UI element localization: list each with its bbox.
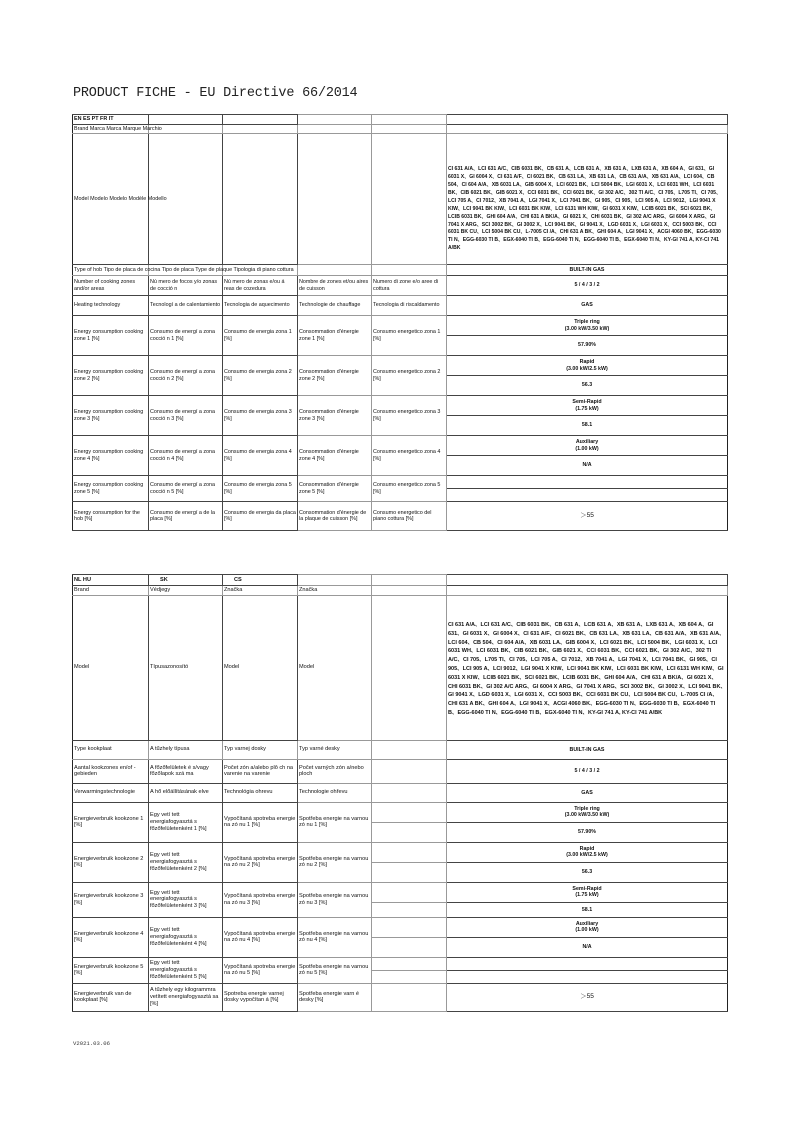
label-fr: Consommation d'énergie zone 1 [%] (298, 316, 372, 356)
label-pt: Tecnologia de aquecimento (223, 296, 298, 316)
product-fiche-table-nl-hu-sk-cs: NL HU SK CS Brand Védjegy Značka Značka … (72, 574, 728, 1012)
label-pt: Consumo de energia zona 5 [%] (223, 476, 298, 502)
brand-label-nl: Brand (73, 586, 149, 596)
label-hu: A hő előállításának elve (149, 783, 223, 802)
label-it: Consumo energetico zona 1 [%] (372, 316, 447, 356)
label-it: Numero di zone e/o aree di cottura (372, 276, 447, 296)
model-list: CI 631 A/A、LCI 631 A/C、CIB 6031 BK、CB 63… (447, 595, 728, 740)
label-cs: Spotřeba energie varn é desky [%] (298, 983, 372, 1011)
zone-3-value: 58.1 (447, 416, 728, 436)
label-pt: Consumo de energia zona 2 [%] (223, 356, 298, 396)
label-es: Consumo de energí a zona cocció n 1 [%] (149, 316, 223, 356)
label-en: Energy consumption cooking zone 4 [%] (73, 436, 149, 476)
hob-value: ＞55 (447, 983, 728, 1011)
zone-4-row: Energieverbruik kookzone 4 [%] Egy vetí … (73, 917, 728, 937)
label-en: Number of cooking zones and/or areas (73, 276, 149, 296)
model-label-sk: Model (223, 595, 298, 740)
hob-row: Energy consumption for the hob [%] Consu… (73, 502, 728, 531)
heating-technology-value: GAS (447, 296, 728, 316)
label-en: Heating technology (73, 296, 149, 316)
brand-label-sk: Značka (223, 586, 298, 596)
label-it: Consumo energetico zona 4 [%] (372, 436, 447, 476)
label-nl: Aantal kookzones en/of -gebieden (73, 759, 149, 783)
label-pt: Consumo de energia zona 3 [%] (223, 396, 298, 436)
zone-4-burner: Auxiliary(1.00 kW) (447, 917, 728, 937)
label-en: Energy consumption cooking zone 3 [%] (73, 396, 149, 436)
label-sk: Vypočítaná spotreba energie na zó nu 5 [… (223, 957, 298, 983)
label-en: Energy consumption for the hob [%] (73, 502, 149, 531)
page-title: PRODUCT FICHE - EU Directive 66/2014 (73, 86, 357, 101)
zone-2-burner: Rapid(3.00 kW/2.5 kW) (447, 356, 728, 376)
lang-header-row: NL HU SK CS (73, 575, 728, 586)
zone-2-value: 56.3 (447, 862, 728, 882)
label-cs: Spotřeba energie na varnou zó nu 5 [%] (298, 957, 372, 983)
label-nl: Energieverbruik van de kookplaat [%] (73, 983, 149, 1011)
zone-5-row: Energy consumption cooking zone 5 [%] Co… (73, 476, 728, 489)
label-cs: Spotřeba energie na varnou zó nu 2 [%] (298, 842, 372, 882)
label-es: Nú mero de focos y/o zonas de cocció n (149, 276, 223, 296)
zone-4-value: N/A (447, 456, 728, 476)
label-hu: Egy vetí tett energiafogyasztá s főzőfel… (149, 842, 223, 882)
label-es: Consumo de energí a zona cocció n 2 [%] (149, 356, 223, 396)
label-hu: Egy vetí tett energiafogyasztá s főzőfel… (149, 957, 223, 983)
label-sk: Spotreba energie varnej dosky vypočítan … (223, 983, 298, 1011)
lang-header-cs: CS (223, 575, 298, 586)
zone-3-row: Energieverbruik kookzone 3 [%] Egy vetí … (73, 882, 728, 902)
zone-1-burner: Triple ring(3.00 kW/3.50 kW) (447, 316, 728, 336)
zone-4-value: N/A (447, 937, 728, 957)
label-nl: Type kookplaat (73, 740, 149, 759)
label-fr: Consommation d'énergie zone 2 [%] (298, 356, 372, 396)
model-row: Model Modelo Modelo Modèle Modello CI 63… (73, 134, 728, 265)
label-fr: Consommation d'énergie zone 5 [%] (298, 476, 372, 502)
model-row: Model Típusazonosító Model Model CI 631 … (73, 595, 728, 740)
label-hu: Egy vetí tett energiafogyasztá s főzőfel… (149, 882, 223, 917)
label-en: Energy consumption cooking zone 1 [%] (73, 316, 149, 356)
label-nl: Energieverbruik kookzone 2 [%] (73, 842, 149, 882)
label-es: Consumo de energí a zona cocció n 5 [%] (149, 476, 223, 502)
label-sk: Vypočítaná spotreba energie na zó nu 2 [… (223, 842, 298, 882)
zone-1-burner: Triple ring(3.00 kW/3.50 kW) (447, 802, 728, 822)
lang-header-sk: SK (149, 575, 223, 586)
model-label-cs: Model (298, 595, 372, 740)
zone-3-value: 58.1 (447, 902, 728, 917)
zone-1-value: 57.90% (447, 822, 728, 842)
type-row: Type kookplaat A tűzhely típusa Typ varn… (73, 740, 728, 759)
label-hu: A tűzhely egy kilogrammra vetített energ… (149, 983, 223, 1011)
type-value: BUILT-IN GAS (447, 265, 728, 276)
label-cs: Počet varných zón a/nebo ploch (298, 759, 372, 783)
zone-4-burner: Auxiliary(1.00 kW) (447, 436, 728, 456)
zone-5-burner (447, 957, 728, 970)
label-cs: Spotřeba energie na varnou zó nu 4 [%] (298, 917, 372, 957)
hob-value: ＞55 (447, 502, 728, 531)
label-es: Consumo de energí a zona cocció n 4 [%] (149, 436, 223, 476)
model-label-hu: Típusazonosító (149, 595, 223, 740)
label-es: Consumo de energí a de la placa [%] (149, 502, 223, 531)
label-sk: Technológia ohrevu (223, 783, 298, 802)
label-en: Energy consumption cooking zone 2 [%] (73, 356, 149, 396)
label-it: Tecnologia di riscaldamento (372, 296, 447, 316)
label-it: Consumo energetico zona 2 [%] (372, 356, 447, 396)
zone-2-row: Energieverbruik kookzone 2 [%] Egy vetí … (73, 842, 728, 862)
lang-header: EN ES PT FR IT (73, 115, 149, 125)
label-pt: Nú mero de zonas e/ou á reas de cozedura (223, 276, 298, 296)
label-cs: Technologie ohřevu (298, 783, 372, 802)
heating-technology-value: GAS (447, 783, 728, 802)
zone-2-value: 56.3 (447, 376, 728, 396)
model-label: Model Modelo Modelo Modèle Modello (73, 134, 149, 265)
label-hu: A tűzhely típusa (149, 740, 223, 759)
label-sk: Vypočítaná spotreba energie na zó nu 3 [… (223, 882, 298, 917)
model-label-nl: Model (73, 595, 149, 740)
label-sk: Počet zón a/alebo plô ch na varenie na v… (223, 759, 298, 783)
brand-row: Brand Marca Marca Marque Marchio (73, 124, 728, 134)
cooking-zones-value: 5 / 4 / 3 / 2 (447, 759, 728, 783)
label-cs: Spotřeba energie na varnou zó nu 1 [%] (298, 802, 372, 842)
label-cs: Spotřeba energie na varnou zó nu 3 [%] (298, 882, 372, 917)
label-pt: Consumo de energia zona 1 [%] (223, 316, 298, 356)
label-nl: Verwarmingstechnologie (73, 783, 149, 802)
label-cs: Typ varné desky (298, 740, 372, 759)
label-en: Energy consumption cooking zone 5 [%] (73, 476, 149, 502)
zone-4-row: Energy consumption cooking zone 4 [%] Co… (73, 436, 728, 456)
zone-5-burner (447, 476, 728, 489)
label-sk: Typ varnej dosky (223, 740, 298, 759)
zone-5-row: Energieverbruik kookzone 5 [%] Egy vetí … (73, 957, 728, 970)
hob-row: Energieverbruik van de kookplaat [%] A t… (73, 983, 728, 1011)
brand-row: Brand Védjegy Značka Značka (73, 586, 728, 596)
zone-3-burner: Semi-Rapid(1.75 kW) (447, 882, 728, 902)
zone-5-value (447, 970, 728, 983)
label-hu: A főzőfelületek é s/vagy főzőlapok szá m… (149, 759, 223, 783)
lang-header-row: EN ES PT FR IT (73, 115, 728, 125)
type-value: BUILT-IN GAS (447, 740, 728, 759)
zone-1-value: 57.90% (447, 336, 728, 356)
cooking-zones-row: Aantal kookzones en/of -gebieden A főzőf… (73, 759, 728, 783)
type-label: Type of hob Tipo de placa de cocina Tipo… (73, 265, 149, 276)
zone-5-value (447, 489, 728, 502)
zone-1-row: Energy consumption cooking zone 1 [%] Co… (73, 316, 728, 336)
product-fiche-table-en-es-pt-fr-it: EN ES PT FR IT Brand Marca Marca Marque … (72, 114, 728, 531)
label-hu: Egy vetí tett energiafogyasztá s főzőfel… (149, 917, 223, 957)
label-fr: Consommation d'énergie zone 3 [%] (298, 396, 372, 436)
label-fr: Nombre de zones et/ou aires de cuisson (298, 276, 372, 296)
label-pt: Consumo de energia da placa [%] (223, 502, 298, 531)
zone-2-row: Energy consumption cooking zone 2 [%] Co… (73, 356, 728, 376)
heating-technology-row: Heating technology Tecnologí a de calent… (73, 296, 728, 316)
zone-3-row: Energy consumption cooking zone 3 [%] Co… (73, 396, 728, 416)
type-row: Type of hob Tipo de placa de cocina Tipo… (73, 265, 728, 276)
label-it: Consumo energetico zona 3 [%] (372, 396, 447, 436)
label-it: Consumo energetico zona 5 [%] (372, 476, 447, 502)
label-hu: Egy vetí tett energiafogyasztá s főzőfel… (149, 802, 223, 842)
label-it: Consumo energetico del piano cottura [%] (372, 502, 447, 531)
label-sk: Vypočítaná spotreba energie na zó nu 4 [… (223, 917, 298, 957)
label-pt: Consumo de energia zona 4 [%] (223, 436, 298, 476)
version-label: V2021.03.06 (73, 1040, 110, 1047)
label-fr: Consommation d'énergie zone 4 [%] (298, 436, 372, 476)
brand-label-hu: Védjegy (149, 586, 223, 596)
cooking-zones-row: Number of cooking zones and/or areas Nú … (73, 276, 728, 296)
label-nl: Energieverbruik kookzone 4 [%] (73, 917, 149, 957)
zone-3-burner: Semi-Rapid(1.75 kW) (447, 396, 728, 416)
zone-1-row: Energieverbruik kookzone 1 [%] Egy vetí … (73, 802, 728, 822)
zone-2-burner: Rapid(3.00 kW/2.5 kW) (447, 842, 728, 862)
label-nl: Energieverbruik kookzone 3 [%] (73, 882, 149, 917)
brand-label-cs: Značka (298, 586, 372, 596)
heating-technology-row: Verwarmingstechnologie A hő előállításán… (73, 783, 728, 802)
label-nl: Energieverbruik kookzone 5 [%] (73, 957, 149, 983)
label-nl: Energieverbruik kookzone 1 [%] (73, 802, 149, 842)
model-list: CI 631 A/A、LCI 631 A/C、CIB 6031 BK、CB 63… (447, 134, 728, 265)
lang-header-nl-hu: NL HU (73, 575, 149, 586)
cooking-zones-value: 5 / 4 / 3 / 2 (447, 276, 728, 296)
label-sk: Vypočítaná spotreba energie na zó nu 1 [… (223, 802, 298, 842)
label-fr: Consommation d'énergie de la plaque de c… (298, 502, 372, 531)
label-fr: Technologie de chauffage (298, 296, 372, 316)
label-es: Consumo de energí a zona cocció n 3 [%] (149, 396, 223, 436)
brand-label: Brand Marca Marca Marque Marchio (73, 124, 149, 134)
label-es: Tecnologí a de calentamiento (149, 296, 223, 316)
